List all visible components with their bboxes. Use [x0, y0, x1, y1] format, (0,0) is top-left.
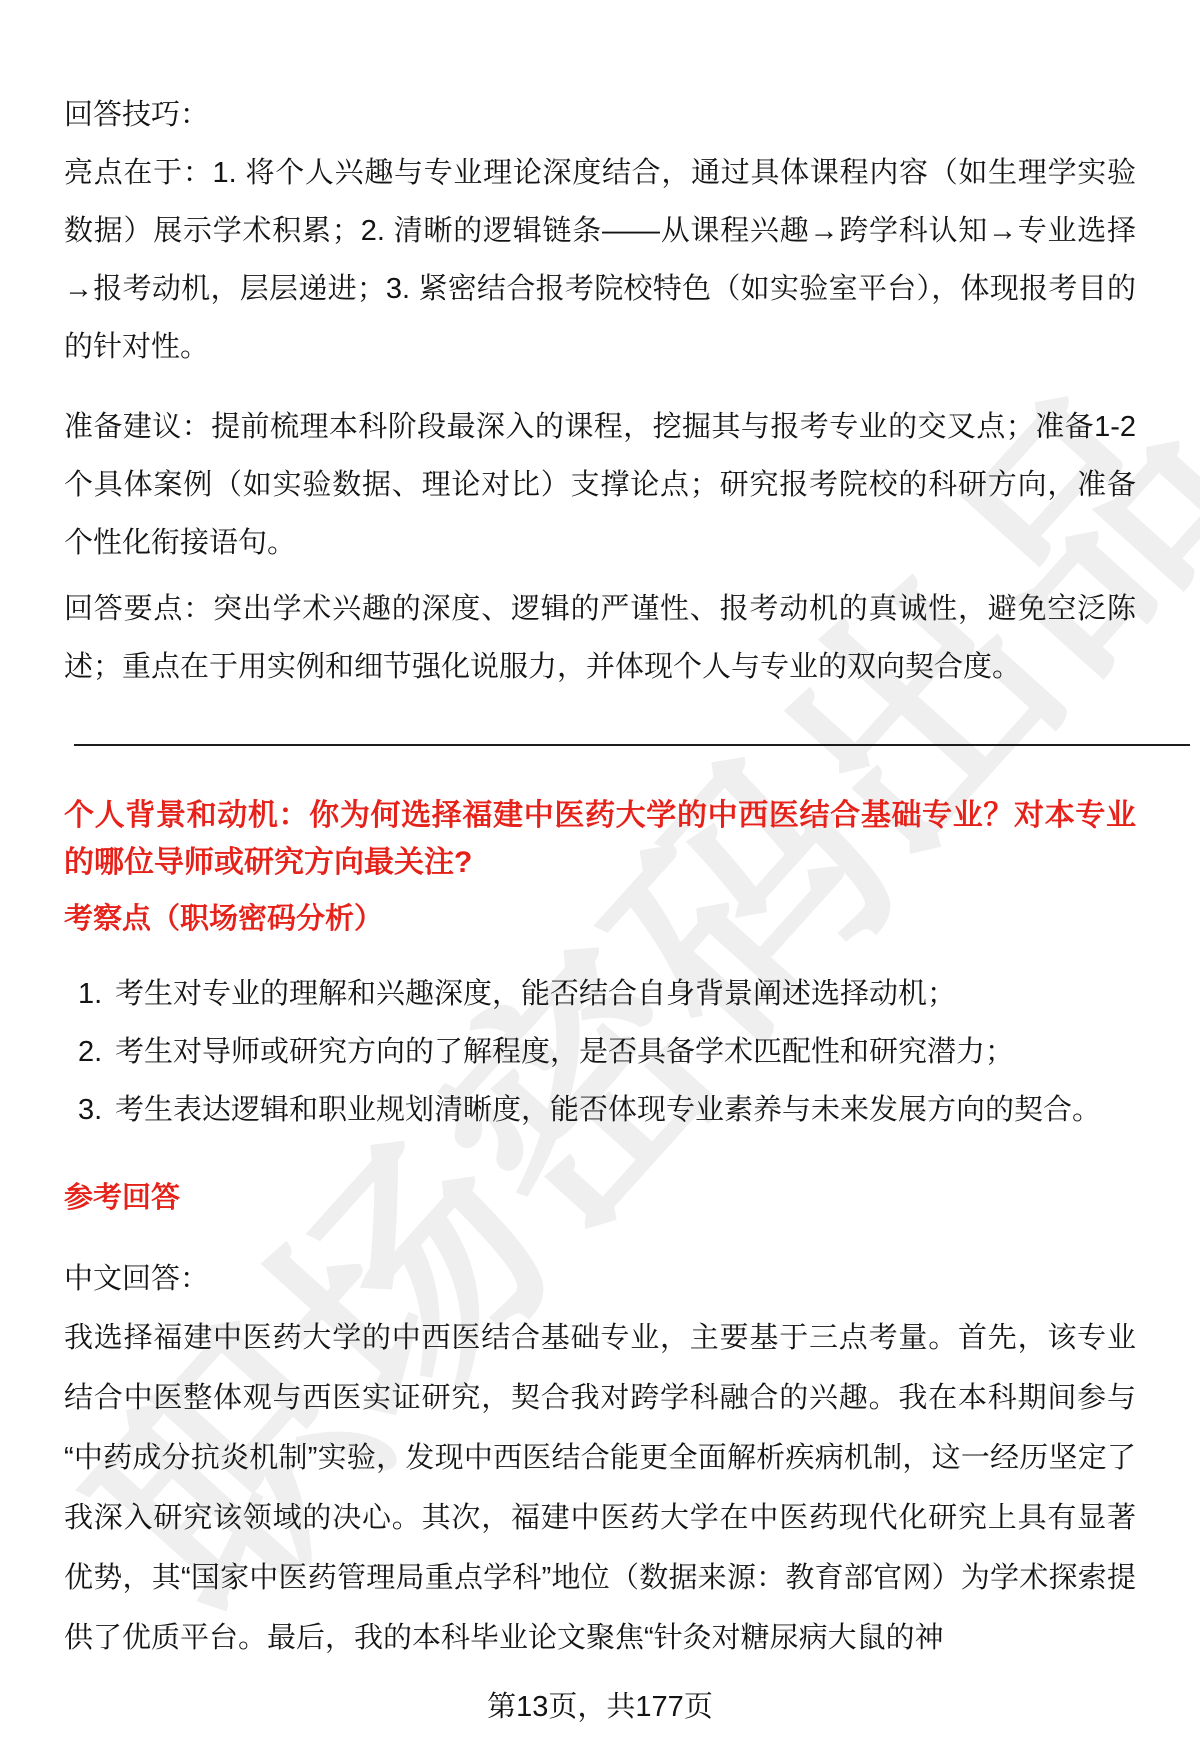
analysis-points-list: 1.考生对专业的理解和兴趣深度，能否结合自身背景阐述选择动机；2.考生对导师或研…	[64, 965, 1136, 1139]
analysis-point-number: 1.	[78, 965, 115, 1023]
analysis-point-text: 考生对专业的理解和兴趣深度，能否结合自身背景阐述选择动机；	[115, 978, 956, 1010]
tips-highlights-paragraph: 亮点在于：1. 将个人兴趣与专业理论深度结合，通过具体课程内容（如生理学实验数据…	[64, 144, 1136, 376]
question-title: 个人背景和动机：你为何选择福建中医药大学的中西医结合基础专业？对本专业的哪位导师…	[64, 792, 1136, 886]
analysis-point-item: 2.考生对导师或研究方向的了解程度，是否具备学术匹配性和研究潜力；	[64, 1023, 1136, 1081]
section-divider	[74, 744, 1190, 746]
answer-tips-heading: 回答技巧：	[64, 86, 1136, 144]
document-page: 职场密码出品 回答技巧： 亮点在于：1. 将个人兴趣与专业理论深度结合，通过具体…	[0, 0, 1200, 1755]
reference-answer-heading: 参考回答	[64, 1175, 1136, 1222]
page-number: 第13页，共177页	[0, 1678, 1200, 1736]
analysis-heading: 考察点（职场密码分析）	[64, 896, 1136, 943]
tips-preparation-paragraph: 准备建议：提前梳理本科阶段最深入的课程，挖掘其与报考专业的交叉点；准备1-2个具…	[64, 398, 1136, 572]
chinese-answer-label: 中文回答：	[64, 1250, 1136, 1308]
analysis-point-text: 考生对导师或研究方向的了解程度，是否具备学术匹配性和研究潜力；	[115, 1036, 1014, 1068]
analysis-point-item: 3.考生表达逻辑和职业规划清晰度，能否体现专业素养与未来发展方向的契合。	[64, 1081, 1136, 1139]
page-content: 回答技巧： 亮点在于：1. 将个人兴趣与专业理论深度结合，通过具体课程内容（如生…	[0, 0, 1200, 1668]
chinese-answer-text: 我选择福建中医药大学的中西医结合基础专业，主要基于三点考量。首先，该专业结合中医…	[64, 1308, 1136, 1668]
analysis-point-number: 3.	[78, 1081, 115, 1139]
analysis-point-text: 考生表达逻辑和职业规划清晰度，能否体现专业素养与未来发展方向的契合。	[115, 1094, 1101, 1126]
tips-key-points-paragraph: 回答要点：突出学术兴趣的深度、逻辑的严谨性、报考动机的真诚性，避免空泛陈述；重点…	[64, 580, 1136, 696]
analysis-point-item: 1.考生对专业的理解和兴趣深度，能否结合自身背景阐述选择动机；	[64, 965, 1136, 1023]
analysis-point-number: 2.	[78, 1023, 115, 1081]
